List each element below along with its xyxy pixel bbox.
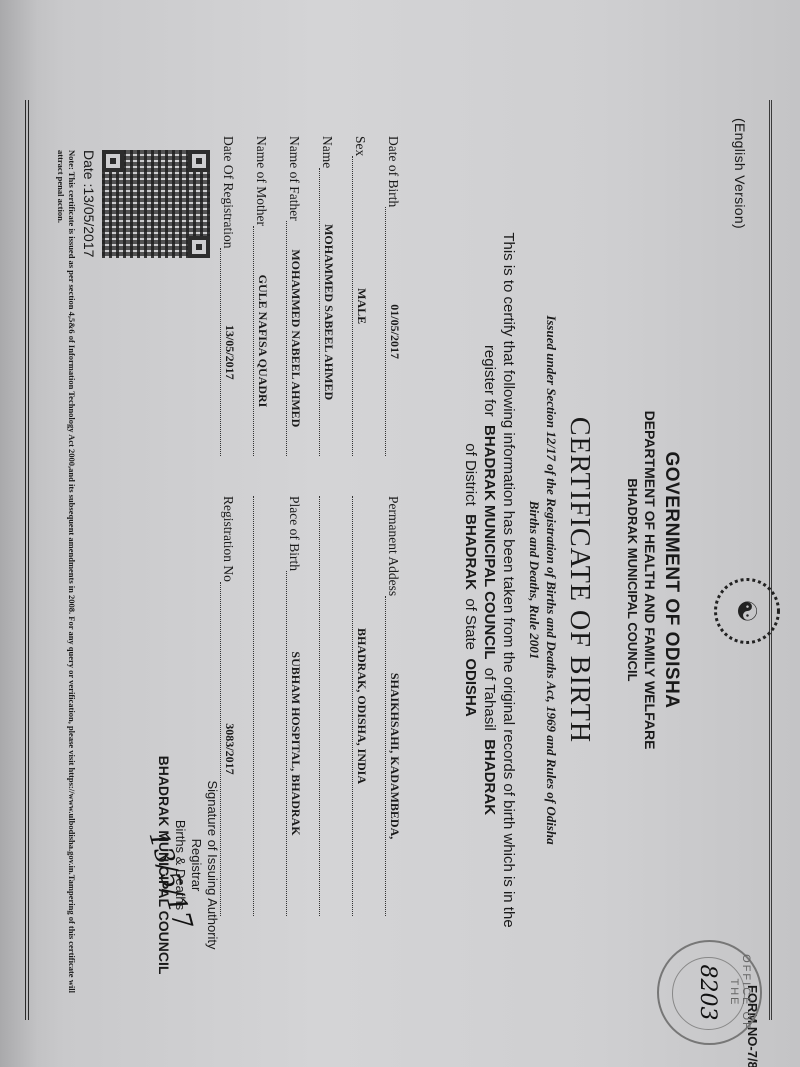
field-value: 01/05/2017 — [385, 207, 402, 456]
field-value: SHAIKHSAHI, KADAMBEDA, — [385, 596, 402, 916]
field-name: Name MOHAMMED SABEEL AHMED — [319, 136, 336, 456]
registrar-label: Registrar — [188, 750, 204, 980]
signature-block: Signature of Issuing Authority Registrar… — [156, 750, 220, 980]
certify-line-1: This is to certify that following inform… — [499, 150, 518, 1010]
council-name: BHADRAK MUNICIPAL COUNCIL — [625, 300, 640, 860]
certify-line-2: register for BHADRAK MUNICIPAL COUNCIL o… — [480, 150, 499, 1010]
field-date-of-birth: Date of Birth 01/05/2017 — [385, 136, 402, 456]
certify-line-3: of District BHADRAK of State ODISHA — [461, 150, 480, 1010]
field-value: GULE NAFISA QUADRI — [253, 226, 270, 456]
state-name: ODISHA — [462, 658, 479, 716]
field-sex: Sex MALE — [352, 136, 369, 456]
field-registration-date: Date Of Registration 13/05/2017 — [220, 136, 237, 456]
issued-under: Issued under Section 12/17 of the Regist… — [526, 170, 560, 990]
certificate-fields: Date of Birth 01/05/2017 Permanent Addes… — [220, 136, 418, 1016]
stamp-ring-text: OFFICE OF THE — [728, 942, 752, 1043]
qr-finder — [102, 150, 124, 172]
certify-text: of State — [462, 598, 479, 650]
field-label: Sex — [352, 136, 368, 156]
certificate-title: CERTIFICATE OF BIRTH — [563, 300, 595, 860]
field-father-name: Name of Father MOHAMMED NABEEL AHMED — [286, 136, 303, 456]
certify-text: of District — [462, 443, 479, 506]
field-value: SUBHAM HOSPITAL, BHADRAK — [286, 571, 303, 916]
qr-finder — [188, 150, 210, 172]
field-label: Name of Mother — [253, 136, 269, 226]
state-emblem-icon: ☯ — [714, 578, 780, 644]
version-note: (English Version) — [732, 118, 748, 229]
field-mother-name: Name of Mother GULE NAFISA QUADRI — [253, 136, 270, 456]
field-label: Registration No — [220, 496, 236, 582]
issue-date: Date :13/05/2017 — [81, 150, 97, 257]
certificate-header: GOVERNMENT OF ODISHA DEPARTMENT OF HEALT… — [625, 300, 690, 860]
qr-code — [102, 150, 210, 258]
field-blank — [253, 496, 255, 916]
department-name: DEPARTMENT OF HEALTH AND FAMILY WELFARE — [642, 300, 658, 860]
field-label: Date of Birth — [385, 136, 401, 207]
signature-council: BHADRAK MUNICIPAL COUNCIL — [156, 750, 172, 980]
certify-statement: This is to certify that following inform… — [461, 150, 518, 1010]
office-stamp: OFFICE OF THE 8203 — [657, 940, 762, 1045]
qr-finder — [188, 236, 210, 258]
field-value: BHADRAK, ODISHA, INDIA — [352, 496, 369, 916]
signature-title: Signature of Issuing Authority — [204, 750, 220, 980]
field-value: 13/05/2017 — [220, 248, 237, 456]
register-name: BHADRAK MUNICIPAL COUNCIL — [481, 425, 498, 659]
district-name: BHADRAK — [462, 514, 479, 590]
tahasil-name: BHADRAK — [481, 739, 498, 815]
field-label: Date Of Registration — [220, 136, 236, 248]
field-blank — [319, 496, 321, 916]
field-registration-no: Registration No 3083/2017 — [220, 496, 237, 916]
certify-text: of Tahasil — [481, 668, 498, 731]
field-label: Name — [319, 136, 335, 168]
field-value-blank — [319, 496, 321, 916]
birth-certificate: (English Version) FORM NO-7/8 ☯ GOVERNME… — [0, 0, 800, 1067]
field-label: Place of Birth — [286, 496, 302, 571]
stamp-number: 8203 — [695, 942, 720, 1043]
field-permanent-address: Permanent Addess SHAIKHSAHI, KADAMBEDA, — [385, 496, 402, 916]
field-value-blank — [253, 496, 255, 916]
field-place-of-birth: Place of Birth SUBHAM HOSPITAL, BHADRAK — [286, 496, 303, 916]
field-label: Name of Father — [286, 136, 302, 221]
government-name: GOVERNMENT OF ODISHA — [660, 300, 682, 860]
issued-under-line-1: Issued under Section 12/17 of the Regist… — [543, 170, 560, 990]
field-address-line-2: BHADRAK, ODISHA, INDIA — [352, 496, 369, 916]
legal-note: Note: This certificate is issued as per … — [55, 150, 77, 1010]
field-value: MALE — [352, 156, 369, 456]
field-label: Permanent Addess — [385, 496, 401, 596]
field-value: MOHAMMED NABEEL AHMED — [286, 221, 303, 456]
births-deaths-label: Births & Deaths — [172, 750, 188, 980]
field-value: MOHAMMED SABEEL AHMED — [319, 168, 336, 456]
certify-text: register for — [481, 345, 498, 417]
issued-under-line-2: Births and Deaths, Rule 2001 — [526, 170, 543, 990]
field-value: 3083/2017 — [220, 582, 237, 916]
